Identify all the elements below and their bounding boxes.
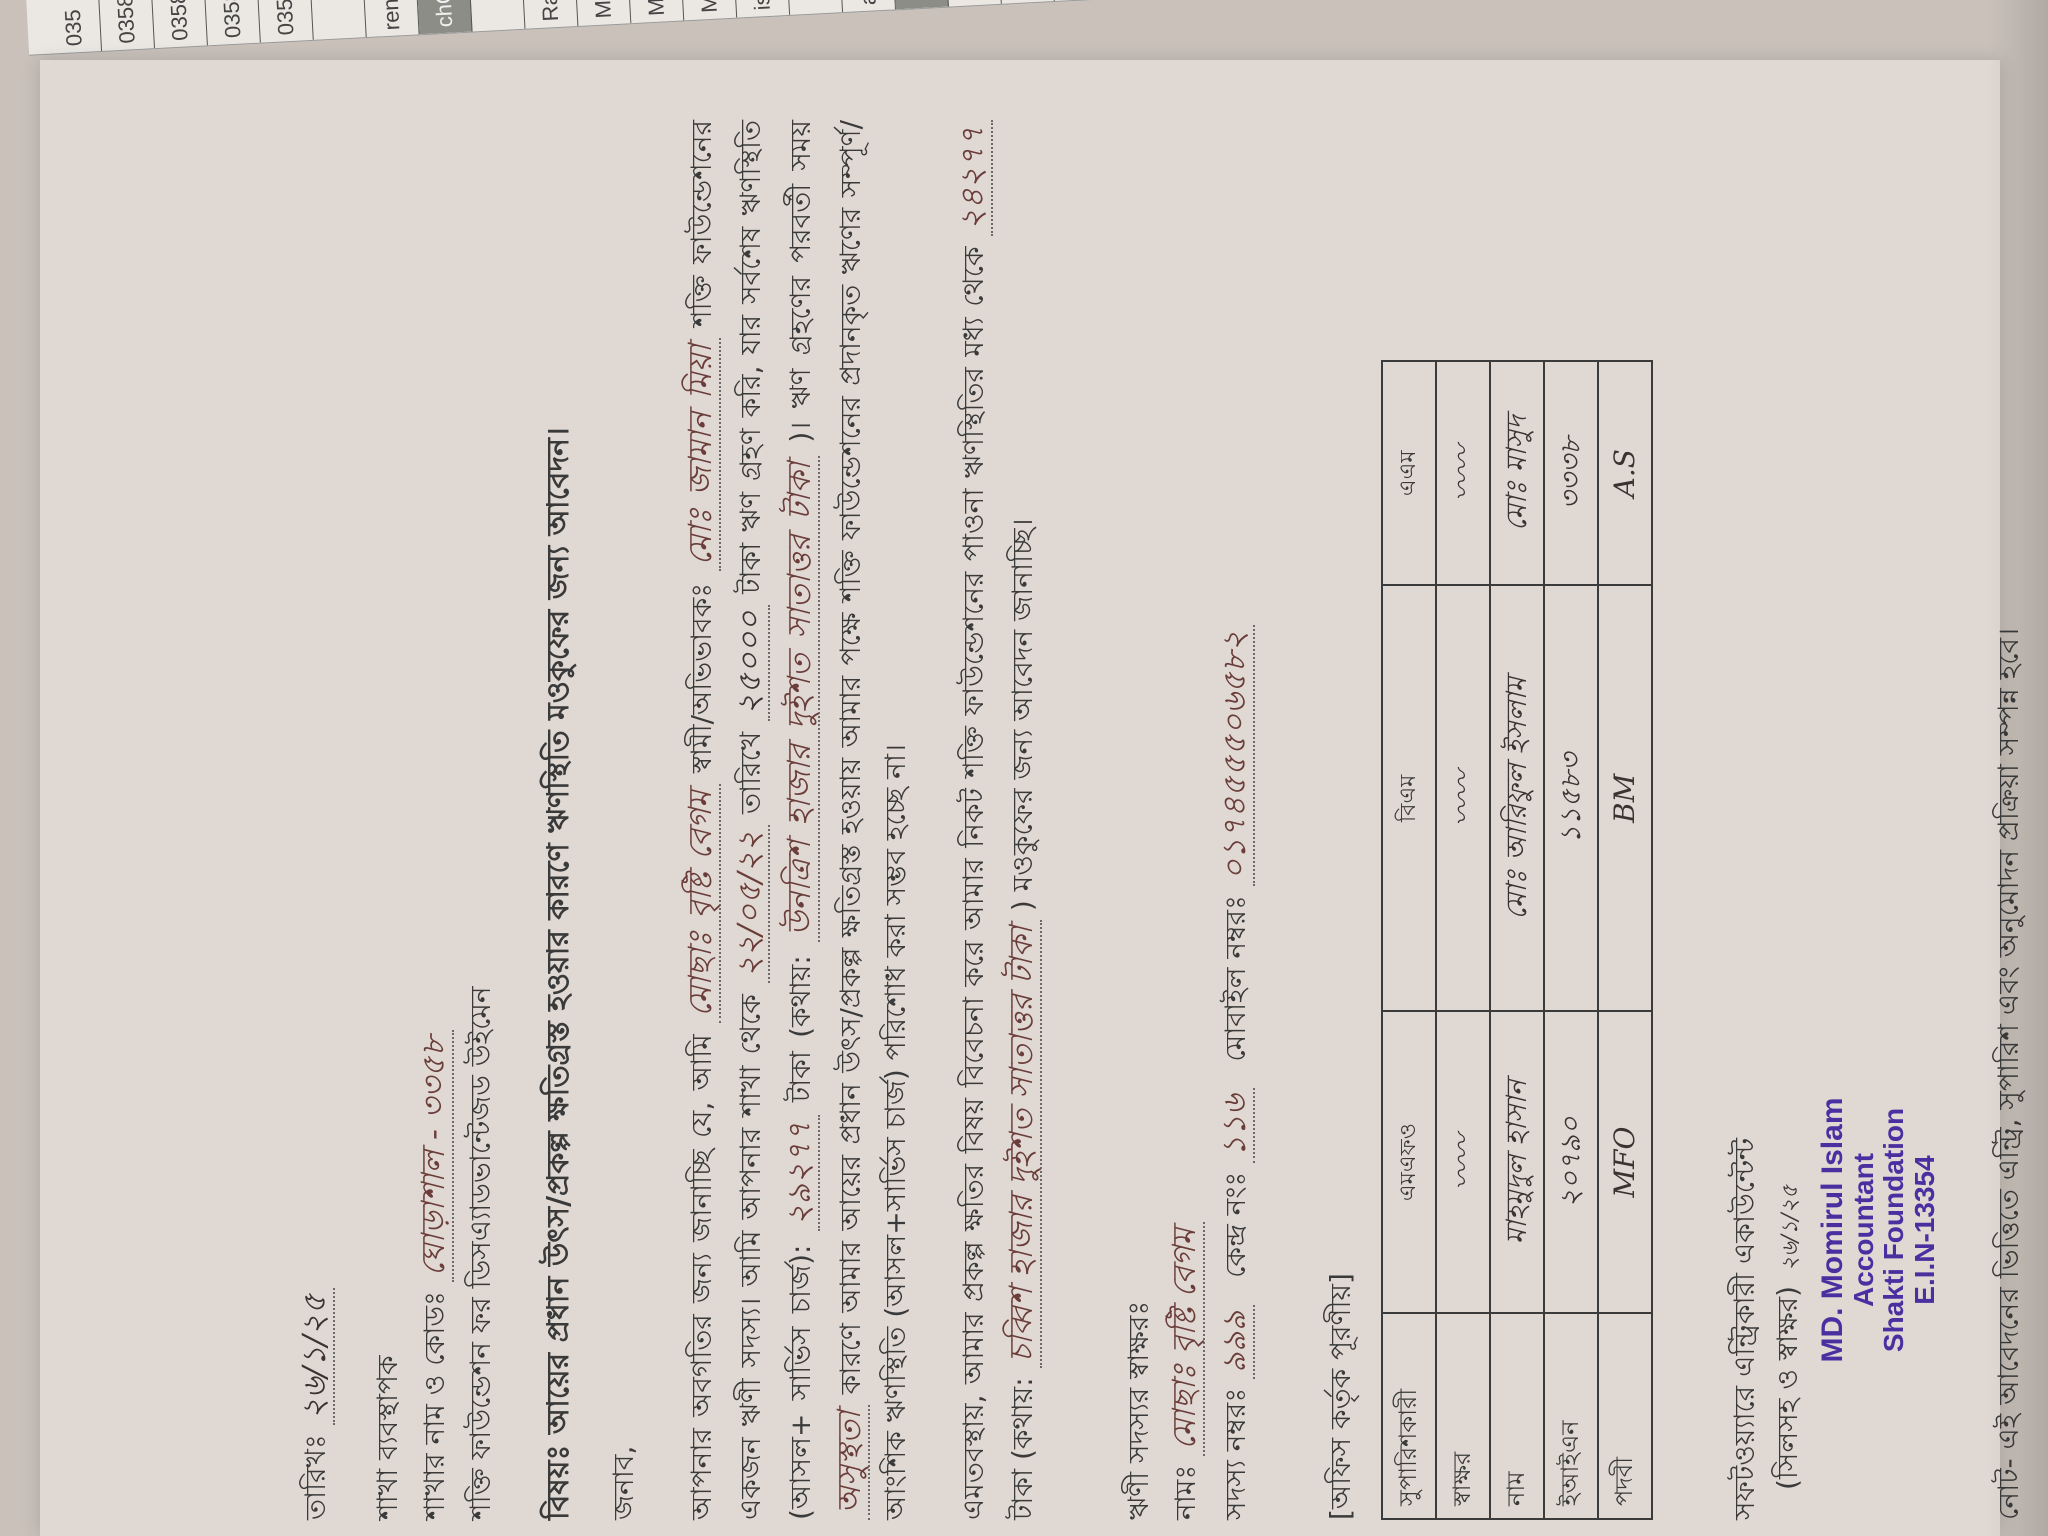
center-number-label: কেন্দ্র নংঃ xyxy=(1219,1172,1252,1278)
office-row-label: নাম xyxy=(1490,1313,1544,1519)
office-column-header: এমএফও xyxy=(1382,1011,1436,1313)
office-row-label: পদবী xyxy=(1598,1313,1652,1519)
outstanding-balance: ২৯২৭৭ xyxy=(780,1115,820,1231)
accountant-stamp: MD. Momirul Islam Accountant Shakti Foun… xyxy=(1816,1080,1941,1380)
member-id-line: সদস্য নম্বরঃ ৯৯৯ কেন্দ্র নংঃ ১১৬ মোবাইল … xyxy=(1210,120,1260,1520)
form-content: তারিখঃ ২৬/১/২৫ শাখা ব্যবস্থাপক শাখার নাম… xyxy=(290,120,2048,1520)
loan-amount: ২৫০০০ xyxy=(730,605,770,721)
printout-cell: 0358 xyxy=(252,0,314,43)
member-name-label: নামঃ xyxy=(1169,1465,1202,1520)
accountant-label: সফটওয়্যারে এন্ট্রিকারী একাউন্টেন্ট xyxy=(1723,120,1766,1520)
printout-cell xyxy=(993,0,1055,4)
office-cell-designation: A.S xyxy=(1598,361,1652,586)
office-table-row: সুপারিশকারীএমএফওবিএমএএম xyxy=(1382,361,1436,1519)
loan-date: ২২/০৫/২২ xyxy=(730,825,770,983)
signature-mark: 〰〰 xyxy=(1436,1011,1490,1313)
paragraph-2: এমতবস্থায়, আমার প্রকল্প ক্ষতির বিষয় বি… xyxy=(948,120,1047,1520)
printout-cell: ad xyxy=(834,0,896,12)
mobile-number-label: মোবাইল নম্বরঃ xyxy=(1219,895,1252,1062)
para1-text-6: টাকা (কথায়: xyxy=(784,955,817,1102)
branch-label: শাখার নাম ও কোডঃ xyxy=(418,1291,451,1520)
background-spreadsheet-printout: 0350358035803580358rent LochCoRaiMd.Moho… xyxy=(20,0,1427,56)
printout-cell: 035 xyxy=(40,0,102,54)
signature-mark: 〰〰 xyxy=(1436,361,1490,586)
waiver-amount: ২৪২৭৭ xyxy=(953,120,993,236)
stamp-name: MD. Momirul Islam xyxy=(1816,1080,1849,1380)
printout-cell: 0358 xyxy=(93,0,155,51)
office-row-label: সুপারিশকারী xyxy=(1382,1313,1436,1519)
waiver-amount-words: চব্বিশ হাজার দুইশত সাতাত্তর টাকা xyxy=(1002,920,1042,1368)
organization-name: শক্তি ফাউন্ডেশন ফর ডিসএ্যাডভান্টেজড উইমে… xyxy=(459,120,502,1520)
office-cell-designation: BM xyxy=(1598,586,1652,1012)
member-name-value: মোছাঃ বৃষ্টি বেগম xyxy=(1165,1222,1205,1456)
office-cell-ein: ১১৫৮৩ xyxy=(1544,586,1598,1012)
branch-line: শাখার নাম ও কোডঃ ঘোড়াশাল - ৩৩৫৮ xyxy=(409,120,459,1520)
para2-text-2: টাকা (কথায়: xyxy=(1006,1377,1039,1520)
office-table-row: স্বাক্ষর〰〰〰〰〰〰 xyxy=(1436,361,1490,1519)
paper-edge-shadow xyxy=(1988,0,2048,1536)
member-signature-block: ঋণী সদস্যর স্বাক্ষরঃ নামঃ মোছাঃ বৃষ্টি ব… xyxy=(1117,120,1260,1520)
printout-cell xyxy=(887,0,949,9)
stamp-title: Accountant xyxy=(1849,1080,1880,1380)
member-name-line: নামঃ মোছাঃ বৃষ্টি বেগম xyxy=(1160,120,1210,1520)
printout-cell: Rai xyxy=(517,0,579,29)
paragraph-1: আপনার অবগতির জন্য জানাচ্ছি যে, আমি মোছাঃ… xyxy=(676,120,918,1520)
office-cell-name: মোঃ মাসুদ xyxy=(1490,361,1544,586)
recipient-title: শাখা ব্যবস্থাপক xyxy=(366,120,409,1520)
signature-mark: 〰〰 xyxy=(1436,586,1490,1012)
office-table-row: ইআইএন২০৭৯০১১৫৮৩৩৩৩৮ xyxy=(1544,361,1598,1519)
member-signature-label: ঋণী সদস্যর স্বাক্ষরঃ xyxy=(1117,120,1160,1520)
member-number-value: ৯৯৯ xyxy=(1215,1305,1255,1379)
office-cell-ein: ২০৭৯০ xyxy=(1544,1011,1598,1313)
printout-cell: 0358 xyxy=(146,0,208,48)
para2-text-1: এমতবস্থায়, আমার প্রকল্প ক্ষতির বিষয় বি… xyxy=(957,246,990,1520)
date-label: তারিখঃ xyxy=(299,1434,332,1520)
printout-cell: Md. xyxy=(570,0,632,26)
center-number-value: ১১৬ xyxy=(1215,1088,1255,1162)
printout-cell xyxy=(305,0,367,40)
date-value: ২৬/১/২৫ xyxy=(295,1288,335,1426)
hardship-reason: অসুস্থতা xyxy=(830,1405,870,1520)
printout-cell: Moho xyxy=(622,0,684,23)
office-cell-designation: MFO xyxy=(1598,1011,1652,1313)
office-table-row: পদবীMFOBMA.S xyxy=(1598,361,1652,1519)
printout-cell: Md. Sa xyxy=(675,0,737,20)
member-number-label: সদস্য নম্বরঃ xyxy=(1219,1388,1252,1520)
office-cell-name: মাহমুদুল হাসান xyxy=(1490,1011,1544,1313)
application-form-paper: তারিখঃ ২৬/১/২৫ শাখা ব্যবস্থাপক শাখার নাম… xyxy=(40,60,2000,1536)
office-recommendation-table: সুপারিশকারীএমএফওবিএমএএমস্বাক্ষর〰〰〰〰〰〰নাম… xyxy=(1381,360,1653,1520)
applicant-name: মোছাঃ বৃষ্টি বেগম xyxy=(681,784,721,1023)
stamp-organization: Shakti Foundation xyxy=(1879,1080,1910,1380)
printout-cell: rent Lo xyxy=(358,0,420,37)
office-row-label: ইআইএন xyxy=(1544,1313,1598,1519)
para1-text-8: কারণে আমার আয়ের প্রধান উৎস/প্রকল্প ক্ষত… xyxy=(834,120,913,1520)
printout-cell: chCo xyxy=(411,0,473,34)
accountant-sub-label: (সিলসহ ও স্বাক্ষর) ২৬/১/২৫ xyxy=(1766,120,1809,1490)
para1-text-7: )। ঋণ গ্রহণের পরবর্তী সময় xyxy=(784,120,817,443)
para1-text-4: তারিখে xyxy=(734,732,767,814)
printout-cell xyxy=(464,0,526,32)
stamp-ein: E.I.N-13354 xyxy=(1910,1080,1941,1380)
office-use-label: [অফিস কর্তৃক পূরণীয়] xyxy=(1319,120,1362,1520)
para1-text-2: স্বামী/অভিভাবকঃ xyxy=(685,583,718,773)
printout-cell: ispa A xyxy=(728,0,790,18)
printout-cell: 0358 xyxy=(199,0,261,45)
office-table-row: নামমাহমুদুল হাসানমোঃ আরিফুল ইসলামমোঃ মাস… xyxy=(1490,361,1544,1519)
office-cell-name: মোঃ আরিফুল ইসলাম xyxy=(1490,586,1544,1012)
salutation: জনাব, xyxy=(602,120,645,1520)
printout-cell xyxy=(1046,0,1108,1)
office-column-header: এএম xyxy=(1382,361,1436,586)
para2-text-3: ) মওকুফের জন্য আবেদন জানাচ্ছি। xyxy=(1006,518,1039,911)
mobile-number-value: ০১৭৪৫৫৫০৬৫৮২ xyxy=(1215,625,1255,886)
outstanding-balance-words: উনত্রিশ হাজার দুইশত সাতাত্তর টাকা xyxy=(780,456,820,942)
printout-cell xyxy=(781,0,843,15)
branch-value: ঘোড়াশাল - ৩৩৫৮ xyxy=(414,1030,454,1283)
para1-text-1: আপনার অবগতির জন্য জানাচ্ছি যে, আমি xyxy=(685,1034,718,1520)
accountant-sign-date: ২৬/১/২৫ xyxy=(1778,1179,1803,1277)
subject-line: বিষয়ঃ আয়ের প্রধান উৎস/প্রকল্প ক্ষতিগ্র… xyxy=(536,120,583,1520)
date-line: তারিখঃ ২৬/১/২৫ xyxy=(290,120,340,1520)
office-row-label: স্বাক্ষর xyxy=(1436,1313,1490,1519)
guardian-name: মোঃ জামান মিয়া xyxy=(681,338,721,571)
printout-cell xyxy=(940,0,1002,7)
accountant-seal-signature-label: (সিলসহ ও স্বাক্ষর) xyxy=(1771,1286,1804,1490)
office-cell-ein: ৩৩৩৮ xyxy=(1544,361,1598,586)
office-column-header: বিএম xyxy=(1382,586,1436,1012)
